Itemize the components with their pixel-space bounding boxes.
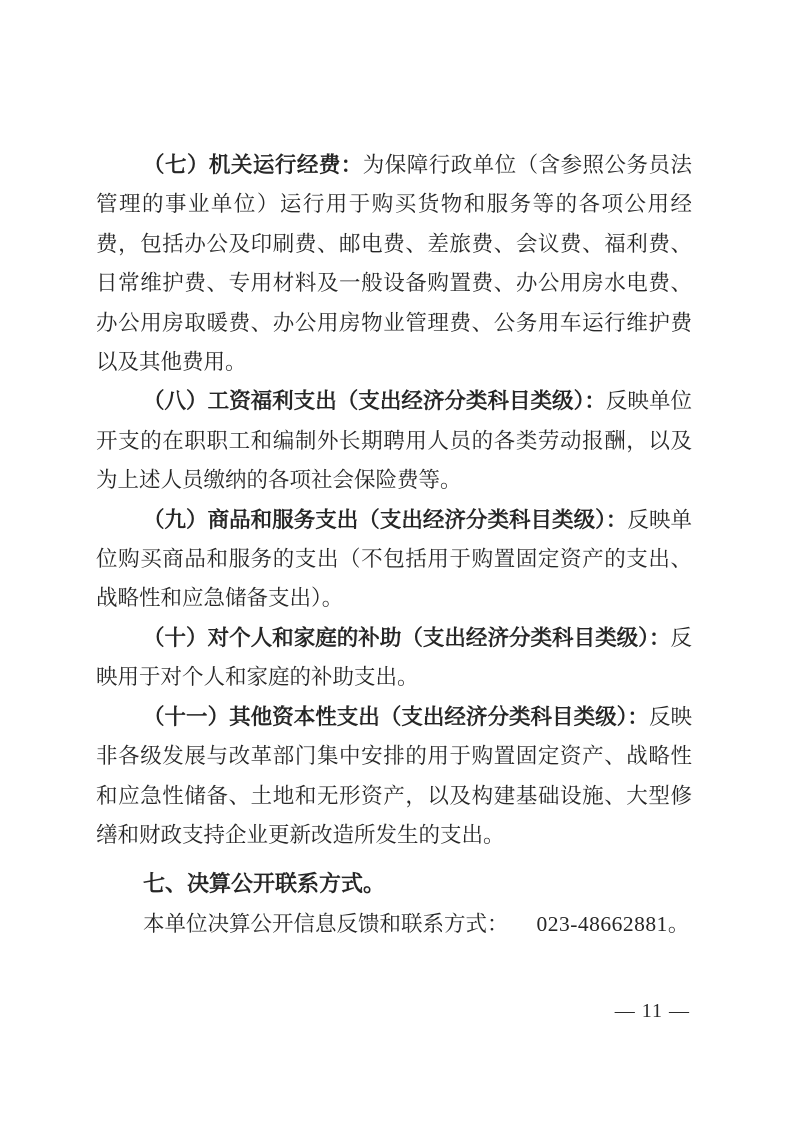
contact-label: 本单位决算公开信息反馈和联系方式： [143,912,509,937]
paragraph-8: （八）工资福利支出（支出经济分类科目类级）：反映单位开支的在职职工和编制外长期聘… [96,382,692,500]
paragraph-9-lead: （九）商品和服务支出（支出经济分类科目类级）： [143,508,627,533]
document-body: （七）机关运行经费：为保障行政单位（含参照公务员法管理的事业单位）运行用于购买货… [96,146,692,944]
paragraph-8-lead: （八）工资福利支出（支出经济分类科目类级）： [143,389,606,414]
paragraph-7-lead: （七）机关运行经费： [143,153,363,178]
section-heading: 七、决算公开联系方式。 [96,865,692,904]
paragraph-11: （十一）其他资本性支出（支出经济分类科目类级）：反映非各级发展与改革部门集中安排… [96,698,692,856]
paragraph-10: （十）对个人和家庭的补助（支出经济分类科目类级）：反映用于对个人和家庭的补助支出… [96,619,692,698]
page-number: — 11 — [615,1000,690,1023]
contact-phone: 023-48662881 [536,912,667,936]
document-page: （七）机关运行经费：为保障行政单位（含参照公务员法管理的事业单位）运行用于购买货… [0,0,794,1123]
paragraph-9: （九）商品和服务支出（支出经济分类科目类级）：反映单位购买商品和服务的支出（不包… [96,501,692,619]
paragraph-7: （七）机关运行经费：为保障行政单位（含参照公务员法管理的事业单位）运行用于购买货… [96,146,692,382]
paragraph-10-lead: （十）对个人和家庭的补助（支出经济分类科目类级）： [143,626,670,651]
paragraph-11-lead: （十一）其他资本性支出（支出经济分类科目类级）： [143,705,649,730]
paragraph-7-text: 为保障行政单位（含参照公务员法管理的事业单位）运行用于购买货物和服务等的各项公用… [96,153,692,375]
contact-suffix: 。 [668,912,690,937]
contact-line: 本单位决算公开信息反馈和联系方式：023-48662881。 [96,905,692,944]
